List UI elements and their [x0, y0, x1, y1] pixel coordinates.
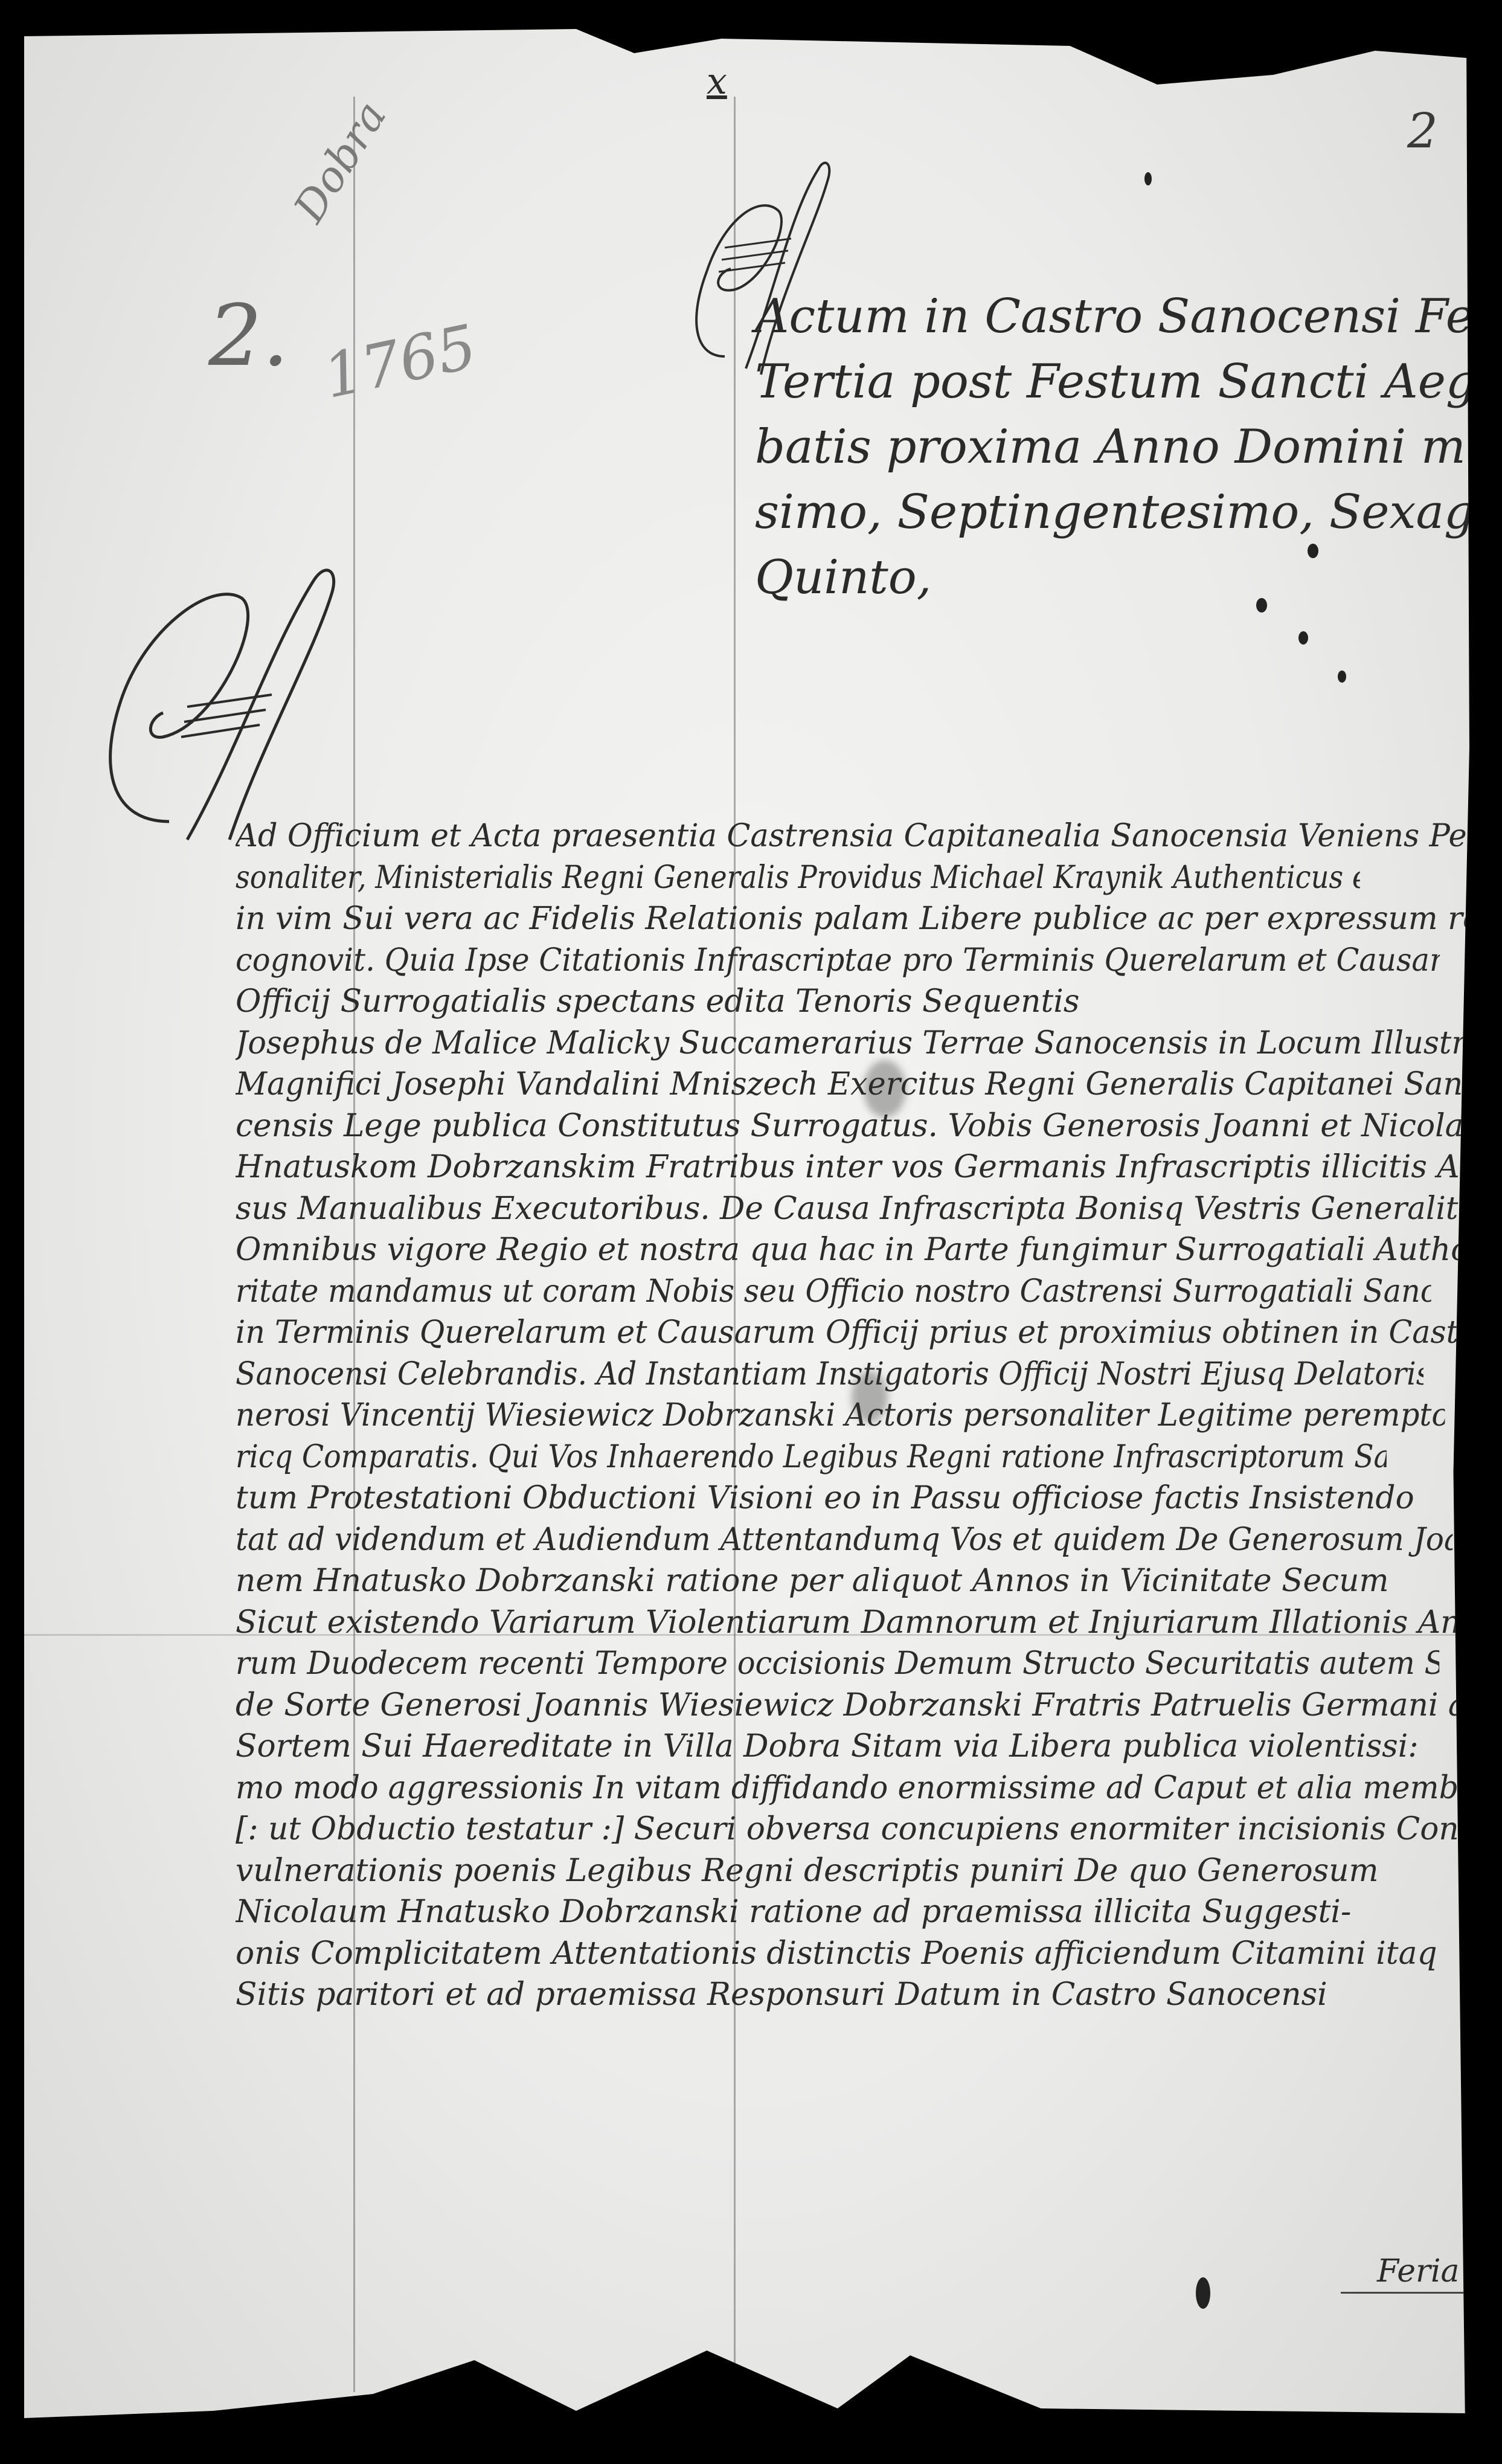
body-line: sonaliter, Ministerialis Regni Generalis… — [236, 857, 1360, 899]
body-line: Officij Surrogatialis spectans edita Ten… — [236, 981, 1492, 1023]
body-line: onis Complicitatem Attentationis distinc… — [236, 1933, 1492, 1975]
ink-spot — [1298, 631, 1308, 645]
body-line: nerosi Vincentij Wiesiewicz Dobrzanski A… — [236, 1395, 1445, 1436]
catchword-feria: Feria — [1341, 2253, 1465, 2294]
body-line: in Terminis Querelarum et Causarum Offic… — [236, 1312, 1468, 1354]
body-line: Sanocensi Celebrandis. Ad Instantiam Ins… — [236, 1354, 1423, 1395]
decorative-initial-a-icon — [97, 556, 380, 846]
body-line: censis Lege publica Constitutus Surrogat… — [236, 1105, 1492, 1147]
body-line: Omnibus vigore Regio et nostra qua hac i… — [236, 1229, 1492, 1271]
header-mark: x — [707, 60, 727, 103]
body-line: in vim Sui vera ac Fidelis Relationis pa… — [236, 898, 1489, 940]
heading-line: Quinto, — [755, 545, 1502, 610]
body-line: Sicut existendo Variarum Violentiarum Da… — [236, 1602, 1492, 1644]
body-line: tat ad videndum et Audiendum Attentandum… — [236, 1519, 1452, 1561]
body-line: sus Manualibus Executoribus. De Causa In… — [236, 1188, 1486, 1230]
body-line: ricq Comparatis. Qui Vos Inhaerendo Legi… — [236, 1436, 1387, 1478]
body-line: Ad Officium et Acta praesentia Castrensi… — [236, 815, 1475, 857]
ink-blot — [1196, 2277, 1210, 2309]
body-line: Magnifici Josephi Vandalini Mniszech Exe… — [236, 1064, 1470, 1105]
heading-line: Actum in Castro Sanocensi Feria — [755, 284, 1502, 349]
body-line: mo modo aggressionis In vitam diffidando… — [236, 1768, 1468, 1809]
body-line: Sortem Sui Haereditate in Villa Dobra Si… — [236, 1726, 1492, 1768]
manuscript-page: x 2 2. Dobra 1765 Actum in Castro Sanoce… — [24, 24, 1477, 2437]
body-line: vulnerationis poenis Legibus Regni descr… — [236, 1850, 1492, 1892]
margin-number: 2. — [208, 287, 289, 385]
body-line: tum Protestationi Obductioni Visioni eo … — [236, 1478, 1492, 1519]
body-line: nem Hnatusko Dobrzanski ratione per aliq… — [236, 1560, 1492, 1602]
ink-spot — [1338, 671, 1346, 683]
body-line: de Sorte Generosi Joannis Wiesiewicz Dob… — [236, 1685, 1492, 1726]
body-line: Sitis paritori et ad praemissa Responsur… — [236, 1974, 1492, 2016]
pencil-place-name: Dobra — [284, 92, 396, 231]
ink-spot — [1144, 172, 1152, 185]
body-line: Josephus de Malice Malicky Succamerarius… — [236, 1023, 1469, 1064]
heading-line: Tertia post Festum Sancti Aegidij Ab: — [755, 349, 1502, 414]
body-line: cognovit. Quia Ipse Citationis Infrascri… — [236, 940, 1440, 982]
pencil-year: 1765 — [318, 311, 483, 412]
folio-number: 2 — [1407, 103, 1438, 159]
body-line: Nicolaum Hnatusko Dobrzanski ratione ad … — [236, 1891, 1492, 1933]
body-line: ritate mandamus ut coram Nobis seu Offic… — [236, 1271, 1431, 1313]
heading-block: Actum in Castro Sanocensi Feria Tertia p… — [755, 284, 1502, 610]
body-line: [: ut Obductio testatur :] Securi obvers… — [236, 1809, 1492, 1850]
body-line: Hnatuskom Dobrzanskim Fratribus inter vo… — [236, 1147, 1492, 1188]
body-text-block: Ad Officium et Acta praesentia Castrensi… — [236, 815, 1498, 2016]
heading-line: batis proxima Anno Domini mille — [755, 414, 1502, 480]
body-line: rum Duodecem recenti Tempore occisionis … — [236, 1643, 1439, 1685]
heading-line: simo, Septingentesimo, Sexagesimo — [755, 480, 1502, 545]
